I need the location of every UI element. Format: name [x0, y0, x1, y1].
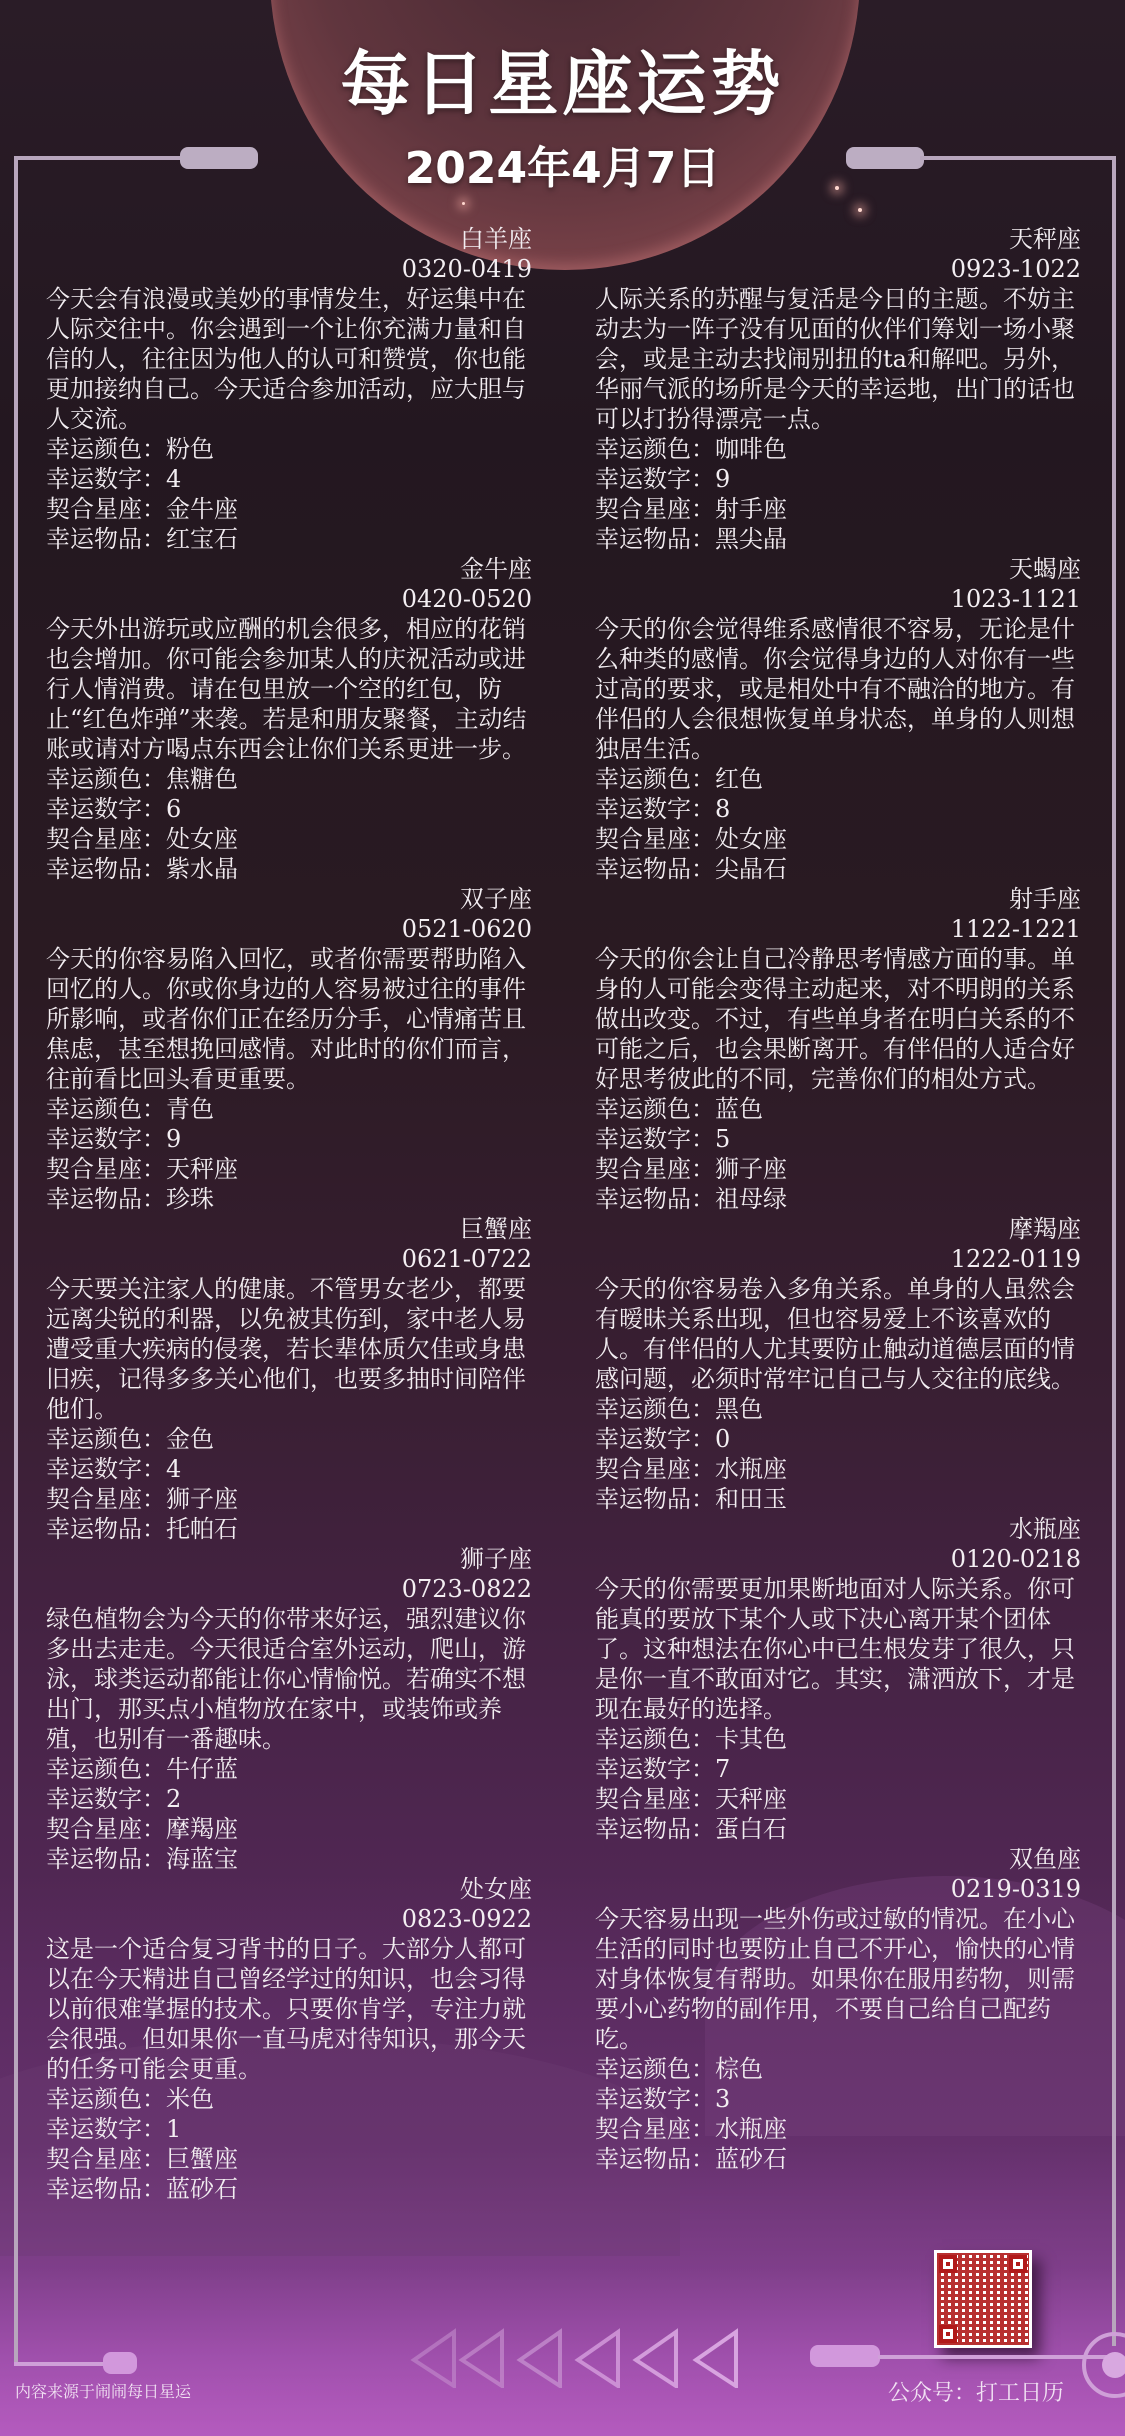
lucky-color: 幸运颜色：青色 — [46, 1094, 546, 1124]
right-column: 天秤座 0923-1022 人际关系的苏醒与复活是今日的主题。不妨主动去为一阵子… — [595, 224, 1095, 2174]
sign-date-range: 0420-0520 — [46, 584, 546, 614]
sign-name: 白羊座 — [46, 224, 546, 254]
frame-top-right-capsule — [846, 147, 924, 169]
frame-left-line — [14, 156, 18, 2362]
sign-card-aries: 白羊座 0320-0419 今天会有浪漫或美妙的事情发生，好运集中在人际交往中。… — [46, 224, 546, 554]
sign-name: 处女座 — [46, 1874, 546, 1904]
sign-card-scorpio: 天蝎座 1023-1121 今天的你会觉得维系感情很不容易，无论是什么种类的感情… — [595, 554, 1095, 884]
sign-description: 今天的你会觉得维系感情很不容易，无论是什么种类的感情。你会觉得身边的人对你有一些… — [595, 614, 1095, 764]
matching-sign: 契合星座：处女座 — [46, 824, 546, 854]
sign-description: 今天会有浪漫或美妙的事情发生，好运集中在人际交往中。你会遇到一个让你充满力量和自… — [46, 284, 546, 434]
frame-bottom-left-line — [14, 2362, 114, 2366]
sign-date-range: 0120-0218 — [595, 1544, 1095, 1574]
sign-card-aquarius: 水瓶座 0120-0218 今天的你需要更加果断地面对人际关系。你可能真的要放下… — [595, 1514, 1095, 1844]
lucky-number: 幸运数字：2 — [46, 1784, 546, 1814]
lucky-number: 幸运数字：7 — [595, 1754, 1095, 1784]
frame-right-line — [1112, 156, 1116, 2346]
lucky-color: 幸运颜色：牛仔蓝 — [46, 1754, 546, 1784]
lucky-color: 幸运颜色：粉色 — [46, 434, 546, 464]
lucky-number: 幸运数字：0 — [595, 1424, 1095, 1454]
lucky-number: 幸运数字：9 — [46, 1124, 546, 1154]
matching-sign: 契合星座：射手座 — [595, 494, 1095, 524]
sign-name: 双子座 — [46, 884, 546, 914]
sign-date-range: 0823-0922 — [46, 1904, 546, 1934]
sign-card-gemini: 双子座 0521-0620 今天的你容易陷入回忆，或者你需要帮助陷入回忆的人。你… — [46, 884, 546, 1214]
sign-description: 今天的你会让自己冷静思考情感方面的事。单身的人可能会变得主动起来，对不明朗的关系… — [595, 944, 1095, 1094]
sign-name: 摩羯座 — [595, 1214, 1095, 1244]
sign-description: 今天的你容易卷入多角关系。单身的人虽然会有暧昧关系出现，但也容易爱上不该喜欢的人… — [595, 1274, 1095, 1394]
lucky-color: 幸运颜色：红色 — [595, 764, 1095, 794]
sign-date-range: 0521-0620 — [46, 914, 546, 944]
qr-finder-icon — [1009, 2255, 1027, 2273]
lucky-number: 幸运数字：4 — [46, 1454, 546, 1484]
matching-sign: 契合星座：水瓶座 — [595, 2114, 1095, 2144]
lucky-item: 幸运物品：蛋白石 — [595, 1814, 1095, 1844]
sign-date-range: 1222-0119 — [595, 1244, 1095, 1274]
matching-sign: 契合星座：狮子座 — [595, 1154, 1095, 1184]
source-credit: 内容来源于闹闹每日星运 — [15, 2379, 191, 2402]
page-title: 每日星座运势 — [0, 28, 1125, 129]
sign-date-range: 1023-1121 — [595, 584, 1095, 614]
qr-code[interactable] — [934, 2250, 1032, 2348]
target-dot-icon — [1102, 2352, 1125, 2378]
sign-date-range: 0219-0319 — [595, 1874, 1095, 1904]
sign-name: 天秤座 — [595, 224, 1095, 254]
sign-card-sagittarius: 射手座 1122-1221 今天的你会让自己冷静思考情感方面的事。单身的人可能会… — [595, 884, 1095, 1214]
matching-sign: 契合星座：天秤座 — [595, 1784, 1095, 1814]
lucky-item: 幸运物品：珍珠 — [46, 1184, 546, 1214]
lucky-number: 幸运数字：6 — [46, 794, 546, 824]
lucky-item: 幸运物品：紫水晶 — [46, 854, 546, 884]
lucky-item: 幸运物品：红宝石 — [46, 524, 546, 554]
matching-sign: 契合星座：水瓶座 — [595, 1454, 1095, 1484]
triangle-arrows-icon — [410, 2328, 770, 2388]
sign-name: 射手座 — [595, 884, 1095, 914]
sign-date-range: 0320-0419 — [46, 254, 546, 284]
sign-description: 今天容易出现一些外伤或过敏的情况。在小心生活的同时也要防止自己不开心，愉快的心情… — [595, 1904, 1095, 2054]
left-column: 白羊座 0320-0419 今天会有浪漫或美妙的事情发生，好运集中在人际交往中。… — [46, 224, 546, 2204]
lucky-item: 幸运物品：祖母绿 — [595, 1184, 1095, 1214]
lucky-color: 幸运颜色：金色 — [46, 1424, 546, 1454]
lucky-number: 幸运数字：1 — [46, 2114, 546, 2144]
sign-name: 水瓶座 — [595, 1514, 1095, 1544]
lucky-color: 幸运颜色：黑色 — [595, 1394, 1095, 1424]
lucky-color: 幸运颜色：卡其色 — [595, 1724, 1095, 1754]
lucky-item: 幸运物品：托帕石 — [46, 1514, 546, 1544]
lucky-color: 幸运颜色：焦糖色 — [46, 764, 546, 794]
sign-card-taurus: 金牛座 0420-0520 今天外出游玩或应酬的机会很多，相应的花销也会增加。你… — [46, 554, 546, 884]
sign-name: 双鱼座 — [595, 1844, 1095, 1874]
lucky-item: 幸运物品：尖晶石 — [595, 854, 1095, 884]
sign-description: 人际关系的苏醒与复活是今日的主题。不妨主动去为一阵子没有见面的伙伴们筹划一场小聚… — [595, 284, 1095, 434]
lucky-item: 幸运物品：黑尖晶 — [595, 524, 1095, 554]
sign-name: 天蝎座 — [595, 554, 1095, 584]
lucky-color: 幸运颜色：蓝色 — [595, 1094, 1095, 1124]
sign-name: 狮子座 — [46, 1544, 546, 1574]
sign-card-leo: 狮子座 0723-0822 绿色植物会为今天的你带来好运，强烈建议你多出去走走。… — [46, 1544, 546, 1874]
sign-card-pisces: 双鱼座 0219-0319 今天容易出现一些外伤或过敏的情况。在小心生活的同时也… — [595, 1844, 1095, 2174]
lucky-number: 幸运数字：9 — [595, 464, 1095, 494]
sign-description: 今天外出游玩或应酬的机会很多，相应的花销也会增加。你可能会参加某人的庆祝活动或进… — [46, 614, 546, 764]
lucky-number: 幸运数字：8 — [595, 794, 1095, 824]
matching-sign: 契合星座：处女座 — [595, 824, 1095, 854]
lucky-number: 幸运数字：5 — [595, 1124, 1095, 1154]
sparkle-icon — [462, 202, 465, 205]
lucky-item: 幸运物品：海蓝宝 — [46, 1844, 546, 1874]
sign-card-capricorn: 摩羯座 1222-0119 今天的你容易卷入多角关系。单身的人虽然会有暧昧关系出… — [595, 1214, 1095, 1514]
sign-date-range: 1122-1221 — [595, 914, 1095, 944]
sign-description: 绿色植物会为今天的你带来好运，强烈建议你多出去走走。今天很适合室外运动，爬山，游… — [46, 1604, 546, 1754]
matching-sign: 契合星座：巨蟹座 — [46, 2144, 546, 2174]
sparkle-icon — [858, 208, 862, 212]
sign-card-virgo: 处女座 0823-0922 这是一个适合复习背书的日子。大部分人都可以在今天精进… — [46, 1874, 546, 2204]
sign-description: 今天要关注家人的健康。不管男女老少，都要远离尖锐的利器，以免被其伤到，家中老人易… — [46, 1274, 546, 1424]
sign-description: 今天的你需要更加果断地面对人际关系。你可能真的要放下某个人或下决心离开某个团体了… — [595, 1574, 1095, 1724]
sign-description: 这是一个适合复习背书的日子。大部分人都可以在今天精进自己曾经学过的知识，也会习得… — [46, 1934, 546, 2084]
sign-card-cancer: 巨蟹座 0621-0722 今天要关注家人的健康。不管男女老少，都要远离尖锐的利… — [46, 1214, 546, 1544]
matching-sign: 契合星座：天秤座 — [46, 1154, 546, 1184]
lucky-item: 幸运物品：和田玉 — [595, 1484, 1095, 1514]
qr-finder-icon — [939, 2255, 957, 2273]
sign-name: 巨蟹座 — [46, 1214, 546, 1244]
matching-sign: 契合星座：金牛座 — [46, 494, 546, 524]
frame-top-left-line — [14, 156, 184, 160]
qr-finder-icon — [939, 2325, 957, 2343]
account-credit: 公众号：打工日历 — [888, 2376, 1064, 2407]
sign-date-range: 0621-0722 — [46, 1244, 546, 1274]
sign-date-range: 0723-0822 — [46, 1574, 546, 1604]
frame-top-right-line — [920, 156, 1116, 160]
lucky-color: 幸运颜色：咖啡色 — [595, 434, 1095, 464]
matching-sign: 契合星座：狮子座 — [46, 1484, 546, 1514]
lucky-color: 幸运颜色：棕色 — [595, 2054, 1095, 2084]
page-date: 2024年4月7日 — [0, 132, 1125, 196]
sign-name: 金牛座 — [46, 554, 546, 584]
frame-bottom-left-capsule — [103, 2352, 137, 2374]
matching-sign: 契合星座：摩羯座 — [46, 1814, 546, 1844]
lucky-item: 幸运物品：蓝砂石 — [46, 2174, 546, 2204]
sign-description: 今天的你容易陷入回忆，或者你需要帮助陷入回忆的人。你或你身边的人容易被过往的事件… — [46, 944, 546, 1094]
lucky-number: 幸运数字：3 — [595, 2084, 1095, 2114]
frame-bottom-right-capsule — [810, 2345, 880, 2367]
sign-card-libra: 天秤座 0923-1022 人际关系的苏醒与复活是今日的主题。不妨主动去为一阵子… — [595, 224, 1095, 554]
lucky-item: 幸运物品：蓝砂石 — [595, 2144, 1095, 2174]
sign-date-range: 0923-1022 — [595, 254, 1095, 284]
lucky-color: 幸运颜色：米色 — [46, 2084, 546, 2114]
frame-top-left-capsule — [180, 147, 258, 169]
lucky-number: 幸运数字：4 — [46, 464, 546, 494]
